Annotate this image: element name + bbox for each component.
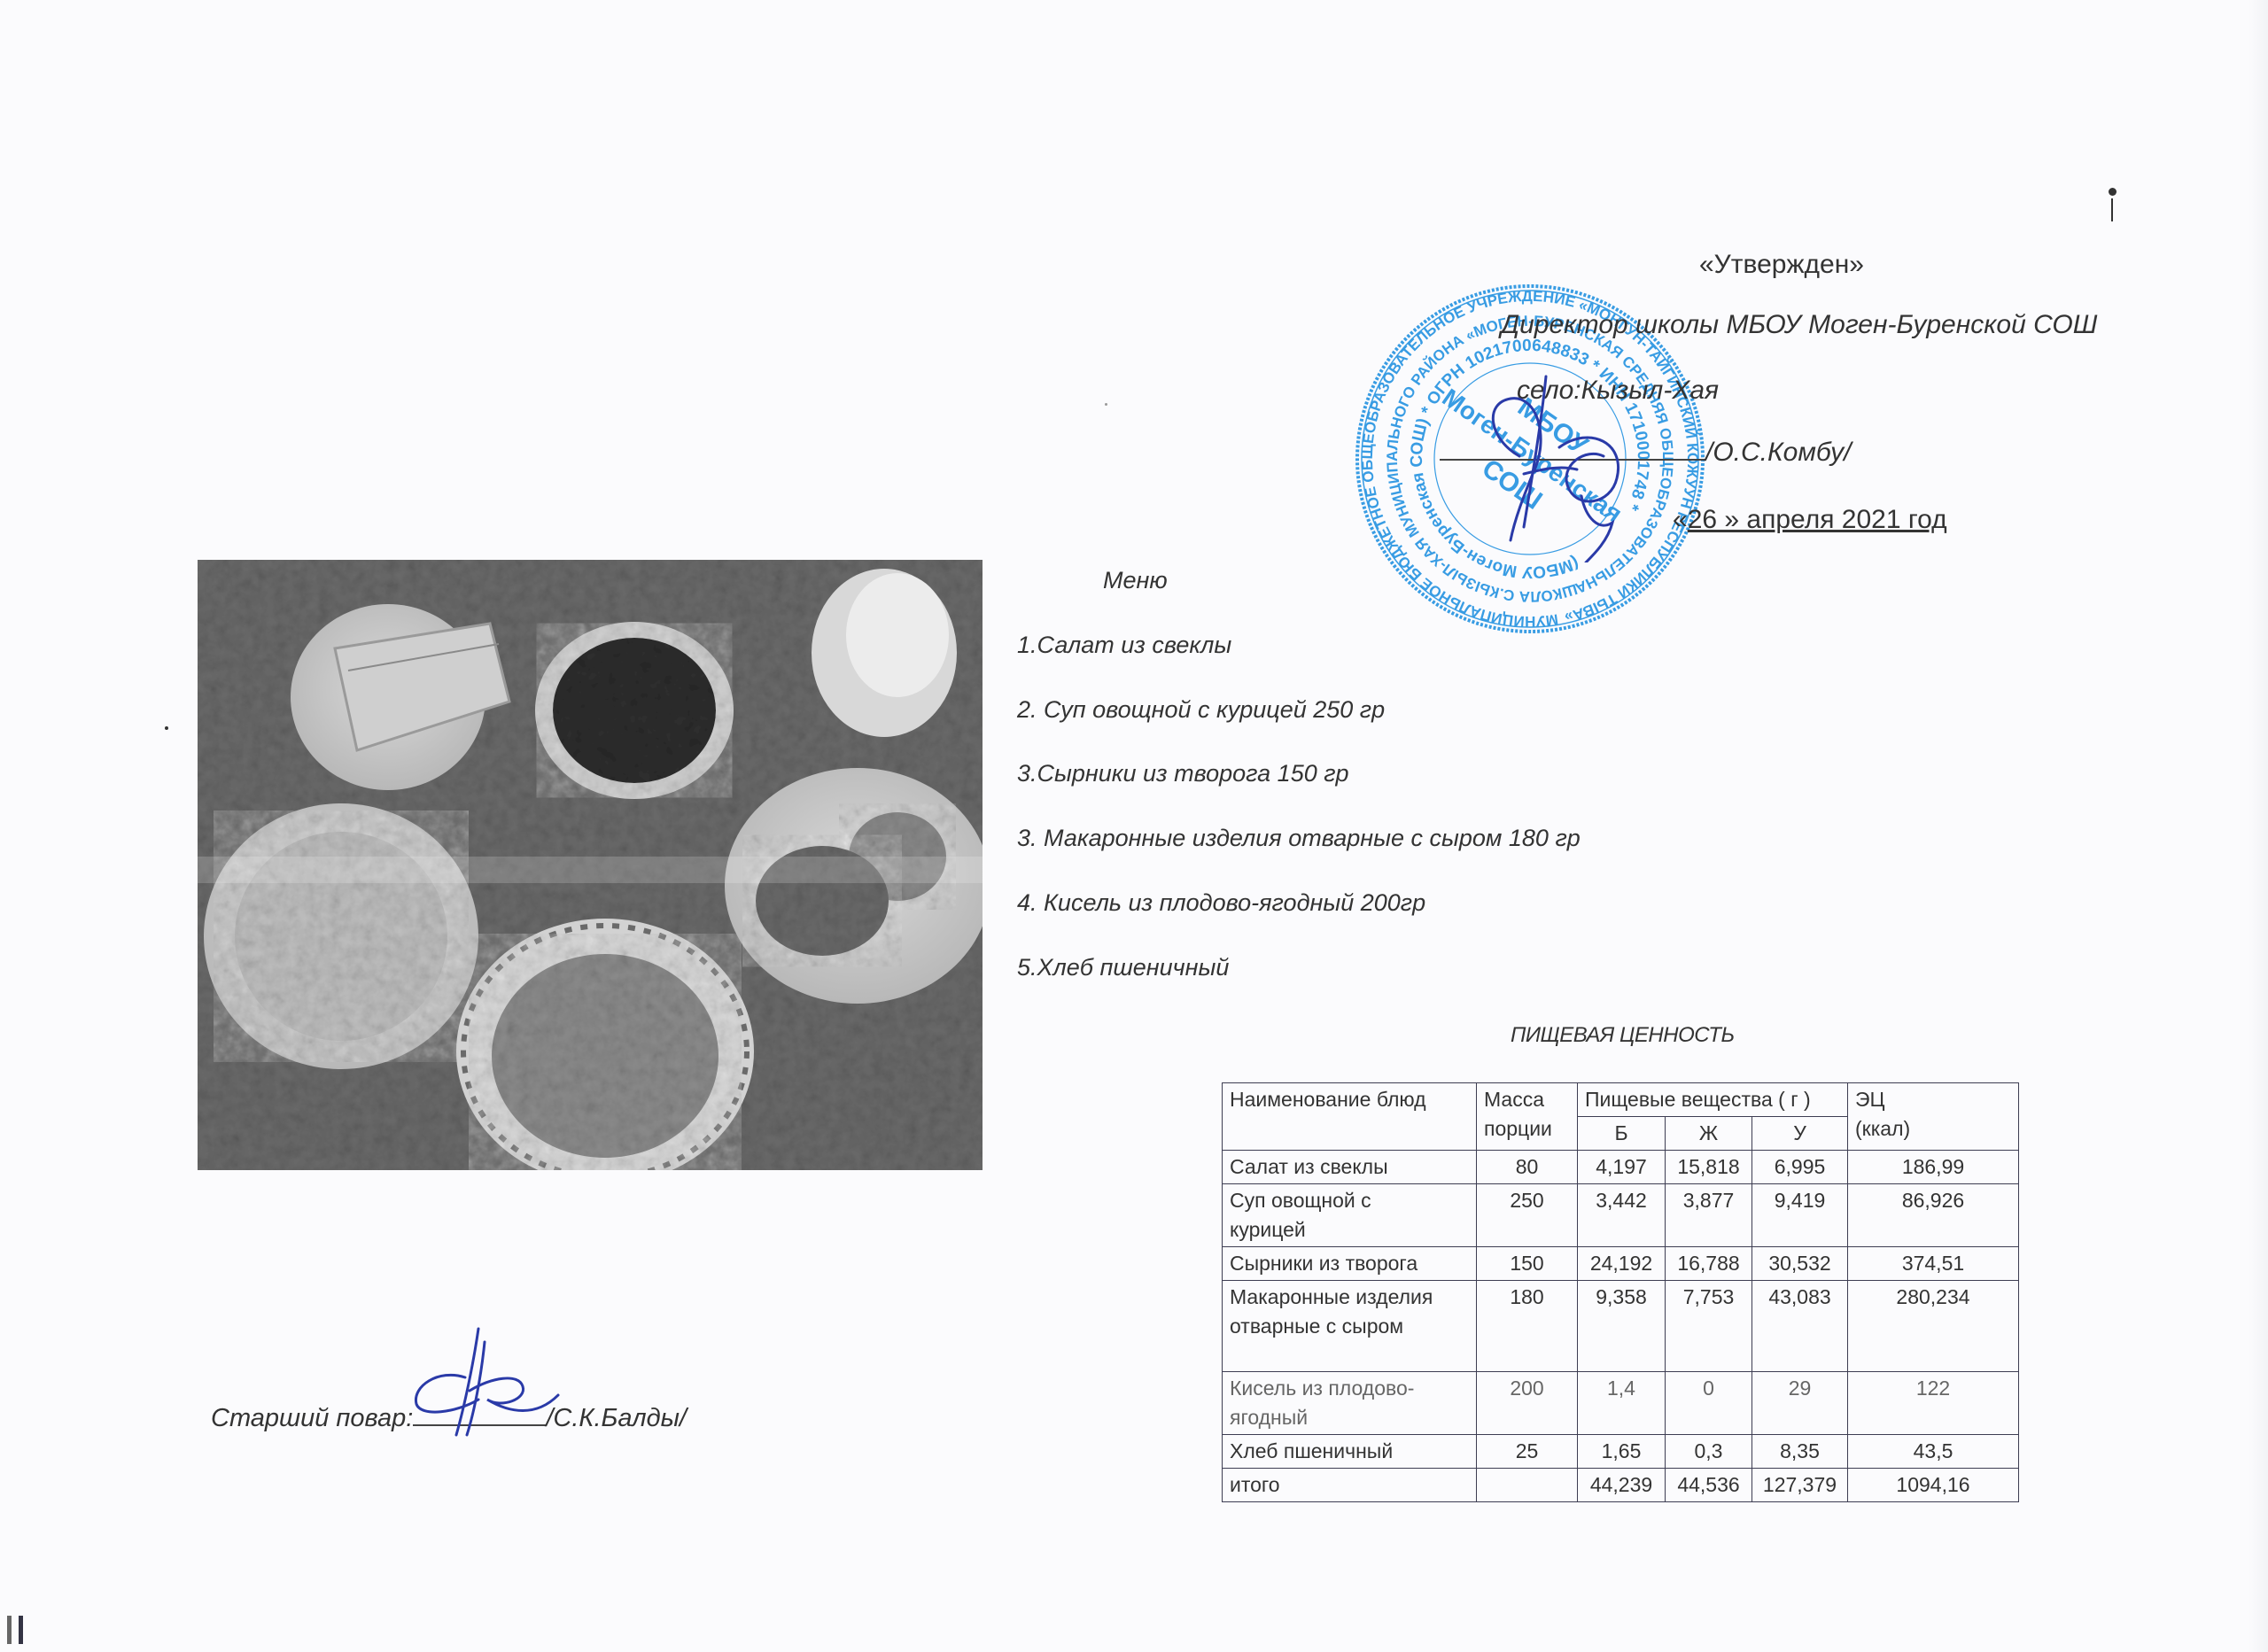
cell-carbs: 6,995 xyxy=(1752,1151,1848,1184)
cell-protein: 1,65 xyxy=(1578,1435,1666,1469)
cell-total-carbs: 127,379 xyxy=(1752,1469,1848,1502)
cell-dish: Кисель из плодово-ягодный xyxy=(1223,1372,1477,1435)
header-nutrients: Пищевые вещества ( г ) xyxy=(1578,1083,1848,1117)
cell-energy: 280,234 xyxy=(1848,1281,2019,1372)
cell-total-protein: 44,239 xyxy=(1578,1469,1666,1502)
director-name: /О.С.Комбу/ xyxy=(1705,438,1852,467)
date-text: 26 » апреля 2021 год xyxy=(1688,505,1947,534)
cell-mass: 25 xyxy=(1477,1435,1578,1469)
approved-label: «Утвержден» xyxy=(1699,250,1864,280)
cell-carbs: 29 xyxy=(1752,1372,1848,1435)
cell-mass: 150 xyxy=(1477,1247,1578,1281)
cell-total-label: итого xyxy=(1223,1469,1477,1502)
cell-carbs: 8,35 xyxy=(1752,1435,1848,1469)
header-protein: Б xyxy=(1578,1117,1666,1151)
nutrition-title: ПИЩЕВАЯ ЦЕННОСТЬ xyxy=(1511,1023,1735,1048)
table-row: Хлеб пшеничный 25 1,65 0,3 8,35 43,5 xyxy=(1223,1435,2019,1469)
menu-title: Меню xyxy=(1103,567,1168,594)
cell-fat: 3,877 xyxy=(1666,1184,1752,1247)
cell-fat: 7,753 xyxy=(1666,1281,1752,1372)
cell-protein: 1,4 xyxy=(1578,1372,1666,1435)
scan-speck xyxy=(2111,198,2113,221)
cook-signature-icon xyxy=(403,1324,563,1439)
cell-mass: 180 xyxy=(1477,1281,1578,1372)
scan-speck xyxy=(1105,403,1107,406)
cell-energy: 374,51 xyxy=(1848,1247,2019,1281)
cell-dish: Сырники из творога xyxy=(1223,1247,1477,1281)
meal-photo-image xyxy=(198,560,983,1170)
cell-protein: 3,442 xyxy=(1578,1184,1666,1247)
table-row: Кисель из плодово-ягодный 200 1,4 0 29 1… xyxy=(1223,1372,2019,1435)
cell-dish: Салат из свеклы xyxy=(1223,1151,1477,1184)
header-fat: Ж xyxy=(1666,1117,1752,1151)
header-mass: Масса порции xyxy=(1477,1083,1578,1151)
menu-item: 1.Салат из свеклы xyxy=(1017,632,1231,659)
cell-energy: 86,926 xyxy=(1848,1184,2019,1247)
cell-carbs: 9,419 xyxy=(1752,1184,1848,1247)
header-carbs: У xyxy=(1752,1117,1848,1151)
table-total-row: итого 44,239 44,536 127,379 1094,16 xyxy=(1223,1469,2019,1502)
nutrition-table: Наименование блюд Масса порции Пищевые в… xyxy=(1222,1082,2019,1502)
approval-date: «26 » апреля 2021 год xyxy=(1673,505,1947,535)
table-row: Суп овощной с курицей 250 3,442 3,877 9,… xyxy=(1223,1184,2019,1247)
cell-carbs: 30,532 xyxy=(1752,1247,1848,1281)
table-row: Макаронные изделия отварные с сыром 180 … xyxy=(1223,1281,2019,1372)
scan-speck xyxy=(2109,188,2117,196)
table-row: Салат из свеклы 80 4,197 15,818 6,995 18… xyxy=(1223,1151,2019,1184)
menu-item: 5.Хлеб пшеничный xyxy=(1017,954,1229,981)
cell-mass: 250 xyxy=(1477,1184,1578,1247)
header-energy: ЭЦ (ккал) xyxy=(1848,1083,2019,1151)
cell-mass: 80 xyxy=(1477,1151,1578,1184)
cook-label: Старший повар: xyxy=(211,1404,413,1432)
cell-protein: 9,358 xyxy=(1578,1281,1666,1372)
cell-total-energy: 1094,16 xyxy=(1848,1469,2019,1502)
page-edge-shadow xyxy=(2249,0,2268,1652)
cell-protein: 4,197 xyxy=(1578,1151,1666,1184)
menu-item: 2. Суп овощной с курицей 250 гр xyxy=(1017,696,1385,724)
scan-speck xyxy=(165,726,168,730)
cell-dish: Хлеб пшеничный xyxy=(1223,1435,1477,1469)
cell-fat: 16,788 xyxy=(1666,1247,1752,1281)
cell-fat: 0,3 xyxy=(1666,1435,1752,1469)
date-quote: « xyxy=(1673,505,1688,534)
cell-mass: 200 xyxy=(1477,1372,1578,1435)
header-dish: Наименование блюд xyxy=(1223,1083,1477,1151)
cell-fat: 15,818 xyxy=(1666,1151,1752,1184)
cell-carbs: 43,083 xyxy=(1752,1281,1848,1372)
cell-energy: 186,99 xyxy=(1848,1151,2019,1184)
menu-item: 3. Макаронные изделия отварные с сыром 1… xyxy=(1017,825,1581,852)
cell-energy: 122 xyxy=(1848,1372,2019,1435)
menu-item: 3.Сырники из творога 150 гр xyxy=(1017,760,1349,787)
cook-name: /С.К.Балды/ xyxy=(546,1404,687,1432)
meal-photo xyxy=(198,560,983,1170)
cell-energy: 43,5 xyxy=(1848,1435,2019,1469)
cell-fat: 0 xyxy=(1666,1372,1752,1435)
table-row: Сырники из творога 150 24,192 16,788 30,… xyxy=(1223,1247,2019,1281)
cell-protein: 24,192 xyxy=(1578,1247,1666,1281)
cell-total-fat: 44,536 xyxy=(1666,1469,1752,1502)
cell-dish: Суп овощной с курицей xyxy=(1223,1184,1477,1247)
director-signature-icon xyxy=(1435,341,1657,562)
cell-dish: Макаронные изделия отварные с сыром xyxy=(1223,1281,1477,1372)
menu-item: 4. Кисель из плодово-ягодный 200гр xyxy=(1017,889,1425,917)
scan-edge-mark xyxy=(7,1616,25,1644)
director-line: Директор школы МБОУ Моген-Буренской СОШ xyxy=(1501,310,2097,340)
cell-total-mass xyxy=(1477,1469,1578,1502)
